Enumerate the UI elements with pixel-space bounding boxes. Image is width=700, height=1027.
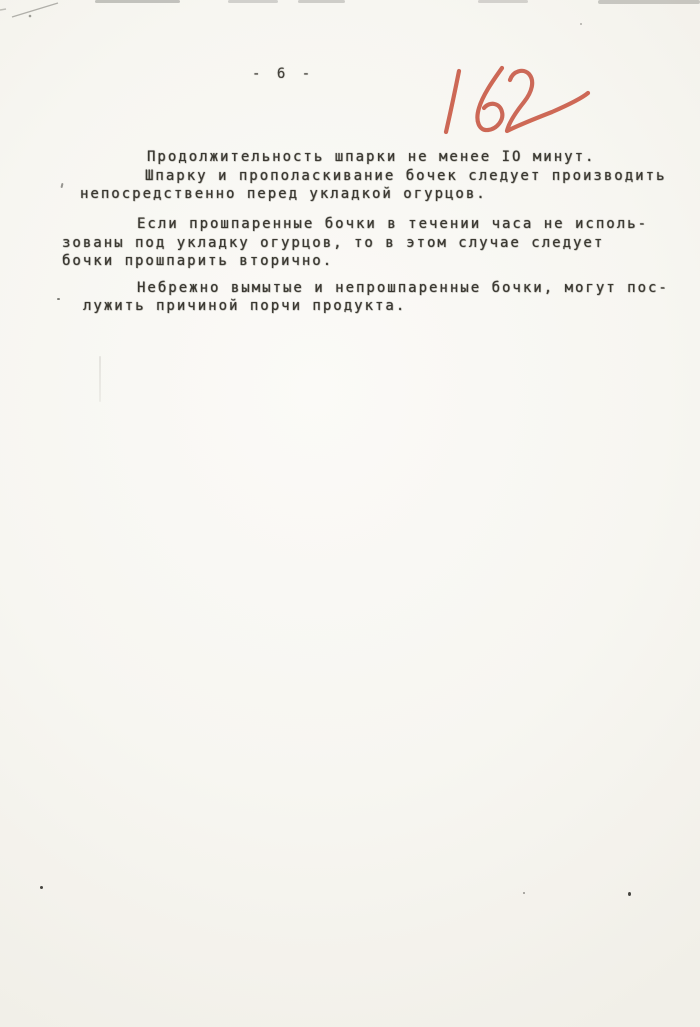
typewritten-line: Шпарку и прополаскивание бочек следует п… — [145, 167, 666, 186]
page-number: - 6 - — [252, 66, 314, 82]
typewritten-line: Небрежно вымытые и непрошпаренные бочки,… — [137, 279, 669, 298]
typewritten-line: непосредственно перед укладкой огурцов. — [80, 185, 487, 204]
paper-speck — [628, 892, 631, 896]
scanner-edge-smudge — [478, 0, 528, 3]
paper-speck — [523, 892, 525, 894]
typewritten-line: Продолжительность шпарки не менее IО мин… — [147, 148, 595, 167]
scanner-edge-smudge — [95, 0, 180, 3]
typewritten-line: Если прошпаренные бочки в течении часа н… — [137, 215, 648, 234]
scanner-edge-smudge — [228, 0, 278, 3]
paper-speck — [60, 183, 63, 188]
scanner-edge-smudge — [298, 0, 345, 3]
paper-speck — [57, 298, 60, 300]
paper-crease — [99, 356, 101, 402]
paper-speck — [580, 23, 582, 25]
typewritten-line: бочки прошпарить вторично. — [62, 252, 333, 271]
typewritten-line: лужить причиной порчи продукта. — [83, 297, 406, 316]
scanned-document-page: - 6 - 162 Продолжительность шпарки не ме… — [0, 0, 700, 1027]
paper-speck — [40, 886, 43, 889]
pencil-scratch-mark — [0, 0, 70, 24]
typewritten-line: зованы под укладку огурцов, то в этом сл… — [62, 234, 604, 253]
handwritten-number-strokes — [440, 58, 600, 143]
scanner-edge-smudge — [598, 0, 700, 4]
